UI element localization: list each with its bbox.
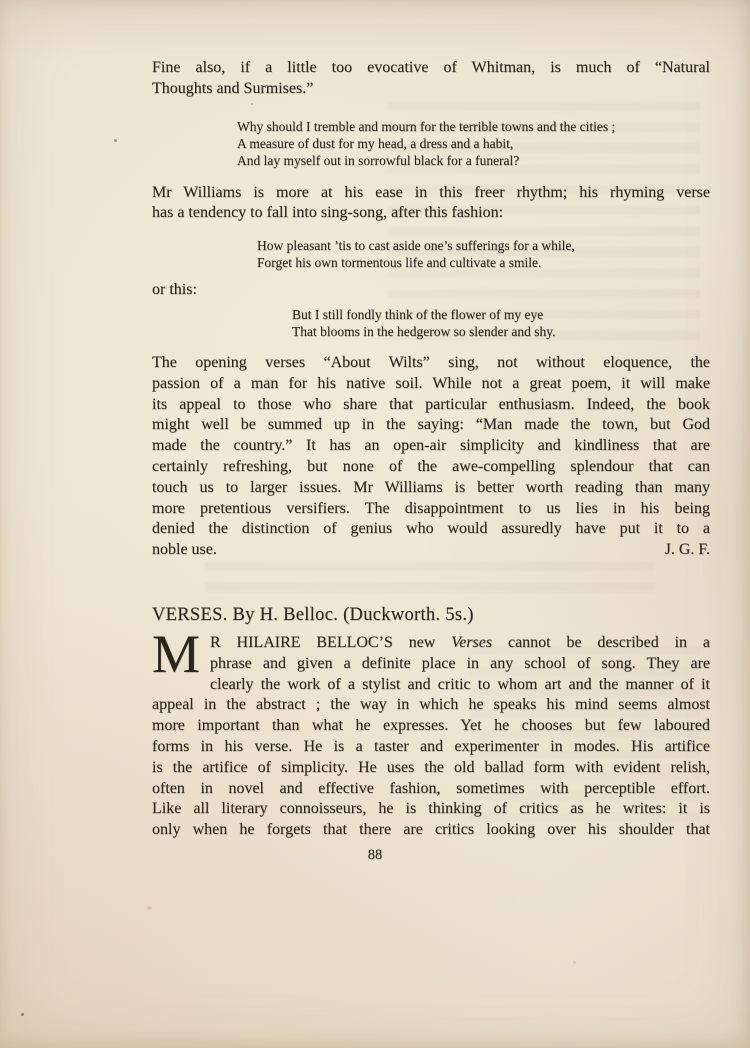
book-page: Fine also, if a little too evocative of … xyxy=(0,0,750,1048)
paper-speck xyxy=(21,1013,24,1016)
verse-quote-pleasant: How pleasant ’tis to cast aside one’s su… xyxy=(257,237,710,271)
verse-line: A measure of dust for my head, a dress a… xyxy=(237,135,710,152)
text-line: might well be summed up in the saying: “… xyxy=(152,415,710,436)
text-line: passion of a man for his native soil. Wh… xyxy=(152,374,710,395)
text-line: more pretentious versifiers. The disappo… xyxy=(152,499,710,520)
or-this-lead-in: or this: xyxy=(152,280,710,301)
drop-cap-m: M xyxy=(152,634,200,675)
paragraph-fine-also: Fine also, if a little too evocative of … xyxy=(152,58,710,100)
text-line: often in novel and effective fashion, so… xyxy=(152,779,710,800)
text-line: is the artifice of simplicity. He uses t… xyxy=(152,758,710,779)
text-line: Thoughts and Surmises.” xyxy=(152,79,710,100)
paragraph-belloc: M R HILAIRE BELLOC’S new Verses cannot b… xyxy=(152,633,710,841)
text-line: phrase and given a definite place in any… xyxy=(152,654,710,675)
closing-line: noble use. J. G. F. xyxy=(152,540,710,561)
text-line: has a tendency to fall into sing-song, a… xyxy=(152,203,710,224)
page-number: 88 xyxy=(0,845,750,865)
text-block: Fine also, if a little too evocative of … xyxy=(152,58,710,841)
paragraph-mr-williams: Mr Williams is more at his ease in this … xyxy=(152,183,710,225)
belloc-first-line-post: cannot be described in a xyxy=(492,634,710,651)
reviewer-initials: J. G. F. xyxy=(665,540,710,561)
verse-line: Why should I tremble and mourn for the t… xyxy=(237,118,710,135)
text-line: certainly refreshing, but none of the aw… xyxy=(152,457,710,478)
verse-line: How pleasant ’tis to cast aside one’s su… xyxy=(257,237,710,254)
verse-line: But I still fondly think of the flower o… xyxy=(292,306,710,323)
verse-quote-towns: Why should I tremble and mourn for the t… xyxy=(237,118,710,169)
text-line: appeal in the abstract ; the way in whic… xyxy=(152,695,710,716)
verse-line: Forget his own tormentous life and culti… xyxy=(257,254,710,271)
text-line: clearly the work of a stylist and critic… xyxy=(152,675,710,696)
text-line: R HILAIRE BELLOC’S new Verses cannot be … xyxy=(152,633,710,654)
text-line: only when he forgets that there are crit… xyxy=(152,820,710,841)
paragraph-opening-verses: The opening verses “About Wilts” sing, n… xyxy=(152,353,710,540)
book-title-italic: Verses xyxy=(451,634,492,651)
text-line: The opening verses “About Wilts” sing, n… xyxy=(152,353,710,374)
verse-line: That blooms in the hedgerow so slender a… xyxy=(292,323,710,340)
belloc-first-line-pre: R HILAIRE BELLOC’S new xyxy=(210,634,451,651)
text-line: more important than what he expresses. Y… xyxy=(152,716,710,737)
review-heading-verses-belloc: VERSES. By H. Belloc. (Duckworth. 5s.) xyxy=(152,603,710,627)
text-line: touch us to larger issues. Mr Williams i… xyxy=(152,478,710,499)
closing-text: noble use. xyxy=(152,540,217,561)
verse-line: And lay myself out in sorrowful black fo… xyxy=(237,152,710,169)
paragraph-belloc-rest: phrase and given a definite place in any… xyxy=(152,654,710,841)
text-line: denied the distinction of genius who wou… xyxy=(152,519,710,540)
text-line: Mr Williams is more at his ease in this … xyxy=(152,183,710,204)
paper-speck xyxy=(147,906,152,910)
text-line: its appeal to those who share that parti… xyxy=(152,395,710,416)
verse-quote-flower: But I still fondly think of the flower o… xyxy=(292,306,710,340)
text-line: forms in his verse. He is a taster and e… xyxy=(152,737,710,758)
paper-speck xyxy=(114,139,117,142)
text-line: Like all literary connoisseurs, he is th… xyxy=(152,799,710,820)
text-line: made the country.” It has an open-air si… xyxy=(152,436,710,457)
text-line: Fine also, if a little too evocative of … xyxy=(152,58,710,79)
text-line: or this: xyxy=(152,280,710,301)
paper-speck xyxy=(573,961,576,964)
